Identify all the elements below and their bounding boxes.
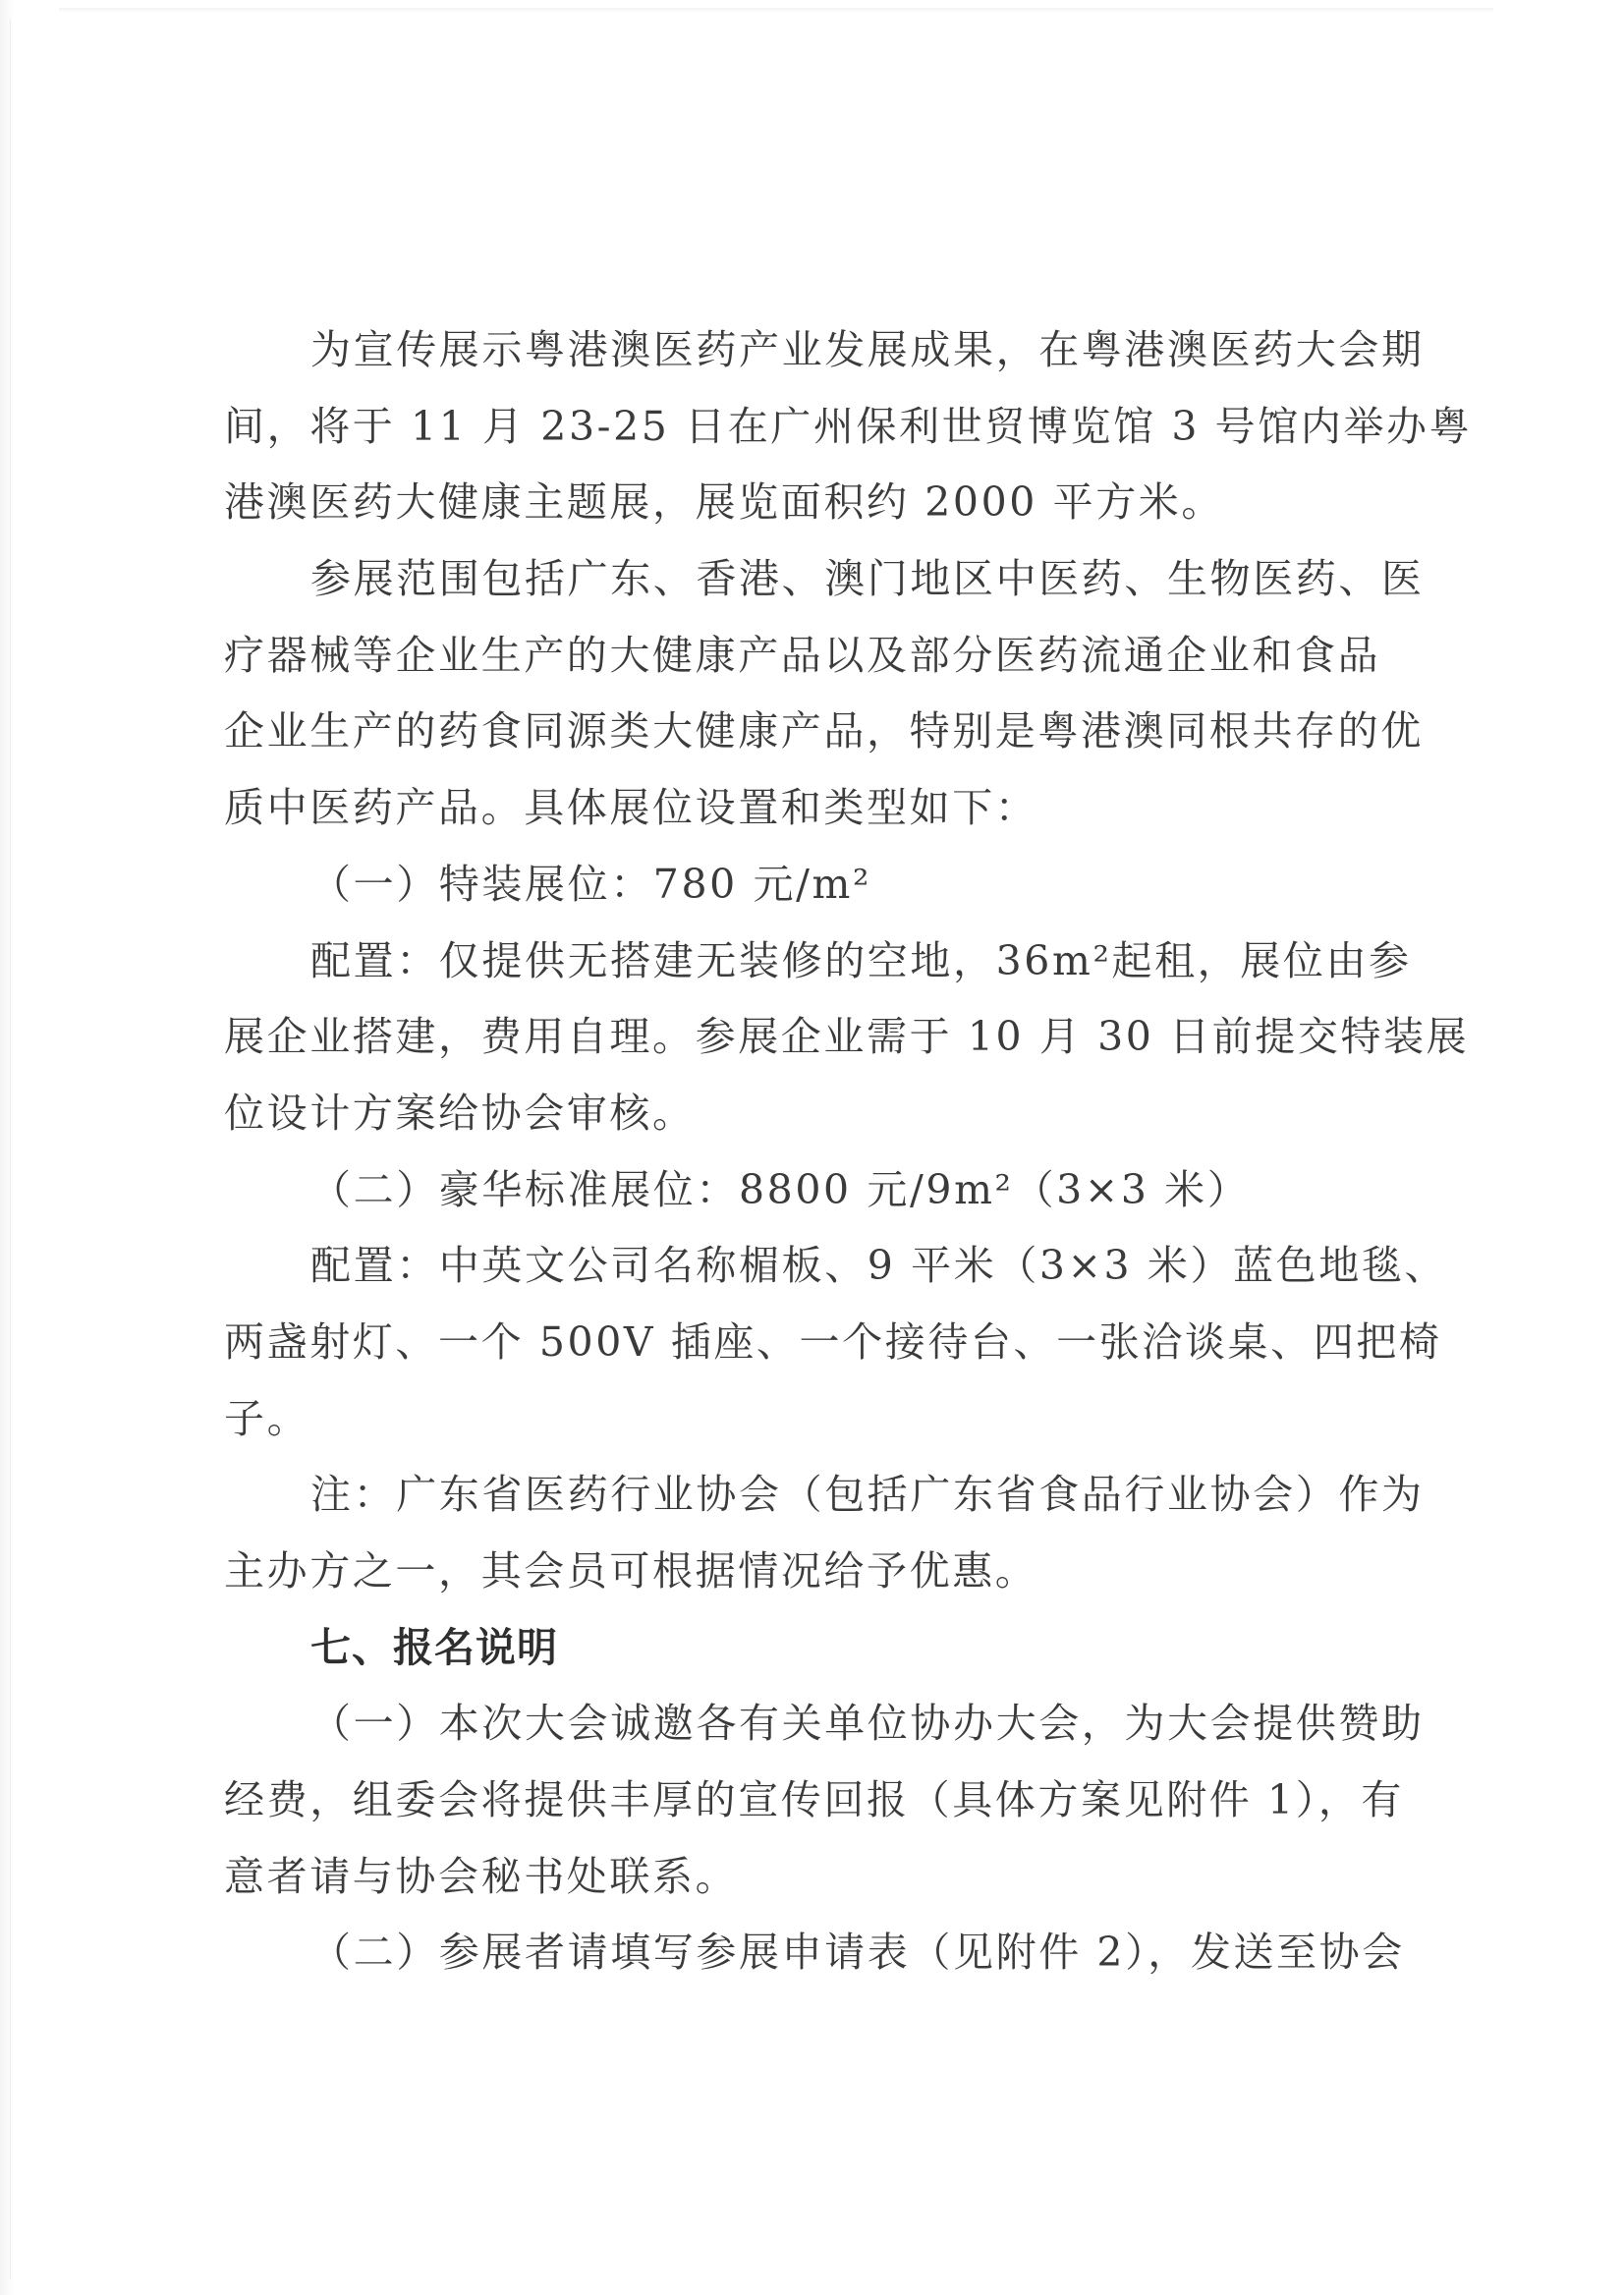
text-line: 为宣传展示粤港澳医药产业发展成果，在粤港澳医药大会期 [224,312,1428,389]
scan-edge-line [10,20,11,2279]
text-line: （二）参展者请填写参展申请表（见附件 2），发送至协会 [224,1915,1428,1991]
text-line: （一）本次大会诚邀各有关单位协办大会，为大会提供赞助 [224,1686,1428,1763]
paragraph-registration-2: （二）参展者请填写参展申请表（见附件 2），发送至协会 [224,1915,1428,1991]
paragraph-registration-1: （一）本次大会诚邀各有关单位协办大会，为大会提供赞助 经费，组委会将提供丰厚的宣… [224,1686,1428,1915]
paragraph-intro: 为宣传展示粤港澳医药产业发展成果，在粤港澳医药大会期 间，将于 11 月 23-… [224,312,1428,541]
text-line: 参展范围包括广东、香港、澳门地区中医药、生物医药、医 [224,541,1428,618]
paragraph-member-note: 注：广东省医药行业协会（包括广东省食品行业协会）作为 主办方之一，其会员可根据情… [224,1457,1428,1609]
document-page: 为宣传展示粤港澳医药产业发展成果，在粤港澳医药大会期 间，将于 11 月 23-… [224,312,1428,1991]
text-line: 间，将于 11 月 23-25 日在广州保利世贸博览馆 3 号馆内举办粤 [224,389,1428,466]
paragraph-booth-type-1-config: 配置：仅提供无搭建无装修的空地，36m²起租，展位由参 展企业搭建，费用自理。参… [224,924,1428,1152]
text-line: 子。 [224,1381,1428,1458]
text-line: 质中医药产品。具体展位设置和类型如下： [224,770,1428,847]
section-heading-registration: 七、报名说明 [224,1610,1428,1687]
text-line: 意者请与协会秘书处联系。 [224,1839,1428,1916]
text-line: 位设计方案给协会审核。 [224,1076,1428,1152]
text-line: 企业生产的药食同源类大健康产品，特别是粤港澳同根共存的优 [224,694,1428,770]
paragraph-booth-type-2-config: 配置：中英文公司名称楣板、9 平米（3×3 米）蓝色地毯、 两盏射灯、一个 50… [224,1228,1428,1457]
text-line: 经费，组委会将提供丰厚的宣传回报（具体方案见附件 1），有 [224,1763,1428,1839]
subheading-text: （二）豪华标准展位：8800 元/9m²（3×3 米） [224,1152,1428,1229]
subheading-text: （一）特装展位：780 元/m² [224,847,1428,924]
text-line: 配置：仅提供无搭建无装修的空地，36m²起租，展位由参 [224,924,1428,1000]
scan-edge-shadow [0,0,14,2295]
paragraph-scope: 参展范围包括广东、香港、澳门地区中医药、生物医药、医 疗器械等企业生产的大健康产… [224,541,1428,847]
scan-top-edge [59,8,1493,12]
heading-text: 七、报名说明 [224,1610,1428,1687]
text-line: 港澳医药大健康主题展，展览面积约 2000 平方米。 [224,465,1428,541]
text-line: 两盏射灯、一个 500V 插座、一个接待台、一张洽谈桌、四把椅 [224,1305,1428,1381]
subheading-booth-type-2: （二）豪华标准展位：8800 元/9m²（3×3 米） [224,1152,1428,1229]
text-line: 主办方之一，其会员可根据情况给予优惠。 [224,1534,1428,1610]
text-line: 注：广东省医药行业协会（包括广东省食品行业协会）作为 [224,1457,1428,1534]
text-line: 配置：中英文公司名称楣板、9 平米（3×3 米）蓝色地毯、 [224,1228,1428,1305]
text-line: 疗器械等企业生产的大健康产品以及部分医药流通企业和食品 [224,618,1428,695]
text-line: 展企业搭建，费用自理。参展企业需于 10 月 30 日前提交特装展 [224,999,1428,1076]
subheading-booth-type-1: （一）特装展位：780 元/m² [224,847,1428,924]
